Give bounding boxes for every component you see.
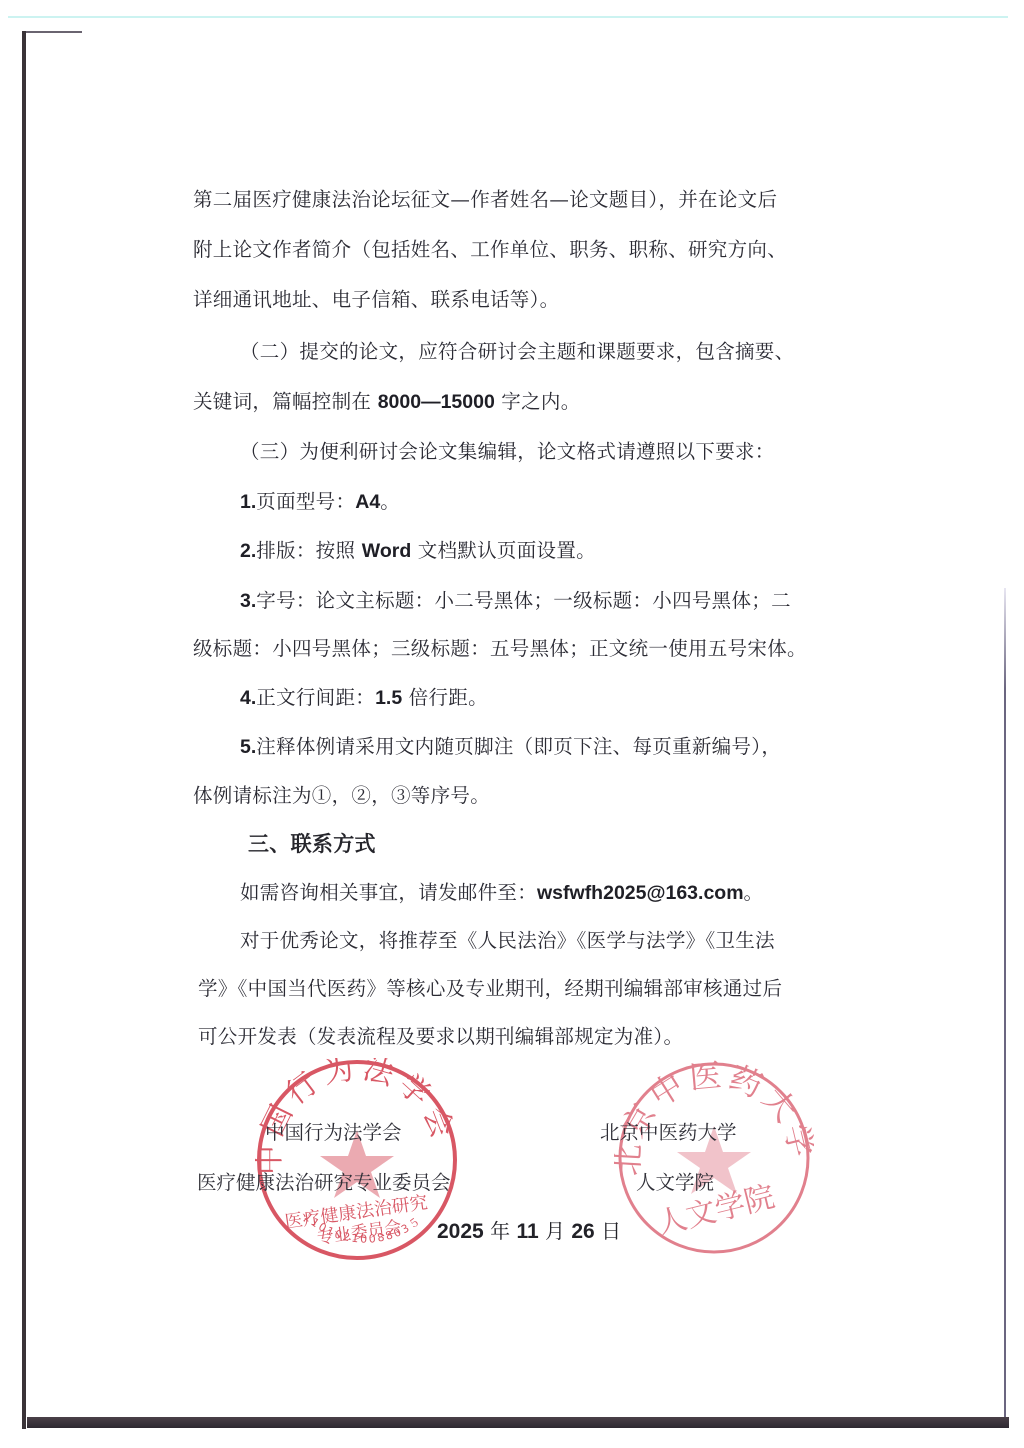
paragraph-line: 可公开发表（发表流程及要求以期刊编辑部规定为准）。 <box>198 1024 683 1050</box>
signatory-left-line-1: 中国行为法学会 <box>265 1120 402 1146</box>
page-border-right <box>1004 588 1006 1428</box>
paragraph-line: 关键词，篇幅控制在 8000—15000 字之内。 <box>193 389 581 415</box>
text: 注释体例请采用文内随页脚注（即页下注、每页重新编号）， <box>256 735 781 758</box>
date-year: 2025 <box>437 1220 484 1243</box>
format-rule-4: 4.正文行间距：1.5 倍行距。 <box>240 685 488 711</box>
format-rule-3: 3.字号：论文主标题：小二号黑体；一级标题：小四号黑体；二 <box>240 588 791 614</box>
text: 页面型号： <box>256 490 355 513</box>
page-size-value: A4 <box>355 491 380 513</box>
text: 文档默认页面设置。 <box>411 539 596 562</box>
text: 字之内。 <box>495 390 581 413</box>
line-spacing-value: 1.5 <box>375 687 402 709</box>
text: 正文行间距： <box>256 686 375 709</box>
paragraph-line: 第二届医疗健康法治论坛征文—作者姓名—论文题目），并在论文后 <box>193 187 777 213</box>
signatory-right-line-2: 人文学院 <box>636 1170 714 1196</box>
rule-number: 3. <box>240 590 256 612</box>
text: 如需咨询相关事宜，请发邮件至： <box>240 881 537 904</box>
format-rule-5-continuation: 体例请标注为①，②，③等序号。 <box>193 783 490 809</box>
text: 字号：论文主标题：小二号黑体；一级标题：小四号黑体；二 <box>256 589 791 612</box>
page-border-bottom <box>27 1417 1009 1428</box>
email-address: wsfwfh2025@163.com <box>537 882 744 904</box>
format-rule-5: 5.注释体例请采用文内随页脚注（即页下注、每页重新编号）， <box>240 734 781 760</box>
signatory-left-line-2: 医疗健康法治研究专业委员会 <box>197 1170 451 1196</box>
format-rule-2: 2.排版：按照 Word 文档默认页面设置。 <box>240 538 596 564</box>
official-seal-left: 中国行为法学会 医疗健康法治研究 专业委员会 1101021008803５ <box>255 1058 460 1263</box>
signing-date: 2025 年 11 月 26 日 <box>437 1217 621 1246</box>
paragraph-line: 附上论文作者简介（包括姓名、工作单位、职务、职称、研究方向、 <box>193 237 787 263</box>
rule-number: 2. <box>240 540 256 562</box>
rule-number: 5. <box>240 736 256 758</box>
text: 倍行距。 <box>402 686 488 709</box>
date-day: 26 <box>571 1220 594 1243</box>
paragraph-line: （二）提交的论文，应符合研讨会主题和课题要求，包含摘要、 <box>240 339 794 365</box>
signatory-right-line-1: 北京中医药大学 <box>600 1120 737 1146</box>
paragraph-line: 对于优秀论文，将推荐至《人民法治》《医学与法学》《卫生法 <box>240 928 775 954</box>
date-day-unit: 日 <box>601 1219 621 1243</box>
date-month: 11 <box>516 1220 538 1243</box>
rule-number: 4. <box>240 687 256 709</box>
text: 排版：按照 <box>256 539 362 562</box>
software-name: Word <box>362 540 411 562</box>
format-rule-1: 1.页面型号：A4。 <box>240 489 400 515</box>
rule-number: 1. <box>240 491 256 513</box>
paragraph-line: 学》《中国当代医药》等核心及专业期刊，经期刊编辑部审核通过后 <box>198 976 782 1002</box>
paragraph-line: 详细通讯地址、电子信箱、联系电话等）。 <box>193 287 559 313</box>
contact-line: 如需咨询相关事宜，请发邮件至：wsfwfh2025@163.com。 <box>240 880 763 906</box>
format-rule-3-continuation: 级标题：小四号黑体；三级标题：五号黑体；正文统一使用五号宋体。 <box>193 636 807 662</box>
date-year-unit: 年 <box>490 1219 510 1243</box>
page-border-left <box>22 31 26 1429</box>
section-heading: 三、联系方式 <box>248 831 376 857</box>
text: 关键词，篇幅控制在 <box>193 390 378 413</box>
official-seal-right: 北京中医药大学 人文学院 <box>614 1060 814 1256</box>
scan-edge-line <box>8 16 1008 18</box>
date-month-unit: 月 <box>545 1219 565 1243</box>
text: 。 <box>744 881 764 904</box>
word-count-range: 8000—15000 <box>378 391 495 413</box>
page-border-top <box>22 31 82 33</box>
paragraph-line: （三）为便利研讨会论文集编辑，论文格式请遵照以下要求： <box>240 439 775 465</box>
text: 。 <box>380 490 400 513</box>
